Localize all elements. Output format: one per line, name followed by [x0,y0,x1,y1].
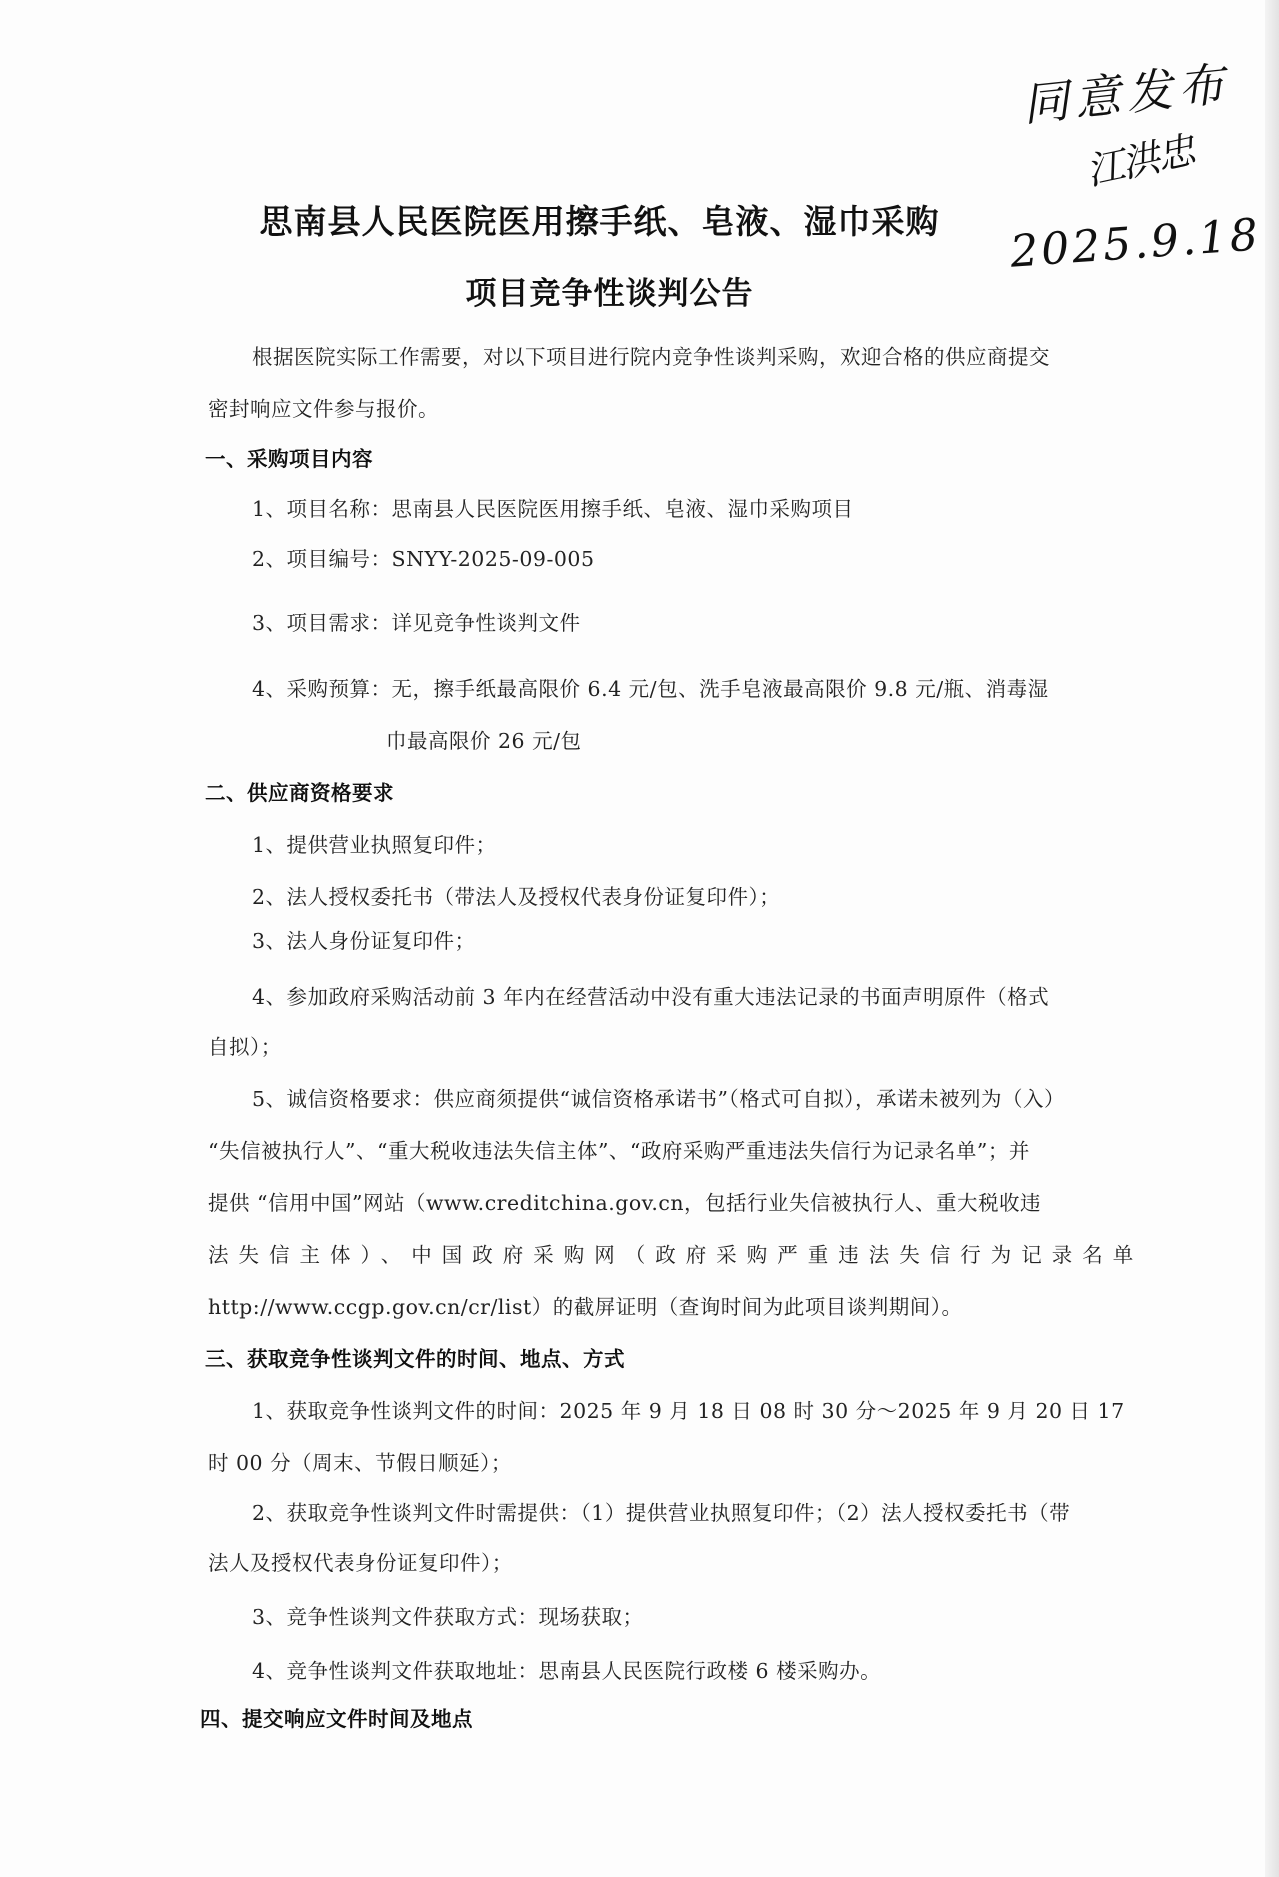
s2-item-legal-person-id: 3、法人身份证复印件； [252,924,476,954]
s2-item-integrity-line5: http://www.ccgp.gov.cn/cr/list）的截屏证明（查询时… [208,1290,963,1320]
document-title-line2: 项目竞争性谈判公告 [0,268,1249,313]
s2-item-integrity-line3: 提供 “信用中国”网站（www.creditchina.gov.cn，包括行业失… [208,1186,1041,1216]
s2-item-authorization-letter: 2、法人授权委托书（带法人及授权代表身份证复印件）； [252,880,780,910]
s3-item-method: 3、竞争性谈判文件获取方式：现场获取； [252,1600,644,1630]
handwritten-signature: 江洪忠 [1080,119,1197,195]
s2-item-integrity-line4: 法失信主体）、中国政府采购网（政府采购严重违法失信行为记录名单 [208,1238,1143,1268]
document-page: 同意发布 江洪忠 2025.9.18 思南县人民医院医用擦手纸、皂液、湿巾采购 … [0,0,1279,1877]
page-edge-shadow [1265,0,1279,1877]
section-heading-1: 一、采购项目内容 [205,442,373,472]
section-heading-4: 四、提交响应文件时间及地点 [200,1702,473,1732]
document-title-line1: 思南县人民医院医用擦手纸、皂液、湿巾采购 [0,196,1239,243]
s2-item-no-violation-line1: 4、参加政府采购活动前 3 年内在经营活动中没有重大违法记录的书面声明原件（格式 [252,980,1049,1010]
s3-item-time-line1: 1、获取竞争性谈判文件的时间：2025 年 9 月 18 日 08 时 30 分… [252,1394,1125,1424]
s3-item-time-line2: 时 00 分（周末、节假日顺延）； [208,1446,512,1476]
s1-item-project-requirements: 3、项目需求：详见竞争性谈判文件 [252,606,581,636]
s2-item-business-license: 1、提供营业执照复印件； [252,828,497,858]
s3-item-required-docs-line1: 2、获取竞争性谈判文件时需提供：（1）提供营业执照复印件；（2）法人授权委托书（… [252,1496,1070,1526]
s1-item-budget-line1: 4、采购预算：无，擦手纸最高限价 6.4 元/包、洗手皂液最高限价 9.8 元/… [252,672,1049,702]
s1-item-project-number: 2、项目编号：SNYY-2025-09-005 [252,542,595,572]
s2-item-integrity-line1: 5、诚信资格要求：供应商须提供“诚信资格承诺书”（格式可自拟），承诺未被列为（入… [252,1082,1065,1112]
s3-item-required-docs-line2: 法人及授权代表身份证复印件）； [208,1546,513,1576]
s2-item-integrity-line2: “失信被执行人”、“重大税收违法失信主体”、“政府采购严重违法失信行为记录名单”… [208,1134,1030,1164]
s1-item-budget-line2: 巾最高限价 26 元/包 [386,724,582,754]
handwritten-approval: 同意发布 [1019,47,1233,134]
intro-paragraph-line1: 根据医院实际工作需要，对以下项目进行院内竞争性谈判采购，欢迎合格的供应商提交 [252,340,1050,370]
section-heading-2: 二、供应商资格要求 [205,776,394,806]
section-heading-3: 三、获取竞争性谈判文件的时间、地点、方式 [205,1342,625,1372]
s3-item-address: 4、竞争性谈判文件获取地址：思南县人民医院行政楼 6 楼采购办。 [252,1654,881,1684]
s2-item-no-violation-line2: 自拟）； [208,1030,282,1060]
s1-item-project-name: 1、项目名称：思南县人民医院医用擦手纸、皂液、湿巾采购项目 [252,492,854,522]
intro-paragraph-line2: 密封响应文件参与报价。 [208,392,439,422]
